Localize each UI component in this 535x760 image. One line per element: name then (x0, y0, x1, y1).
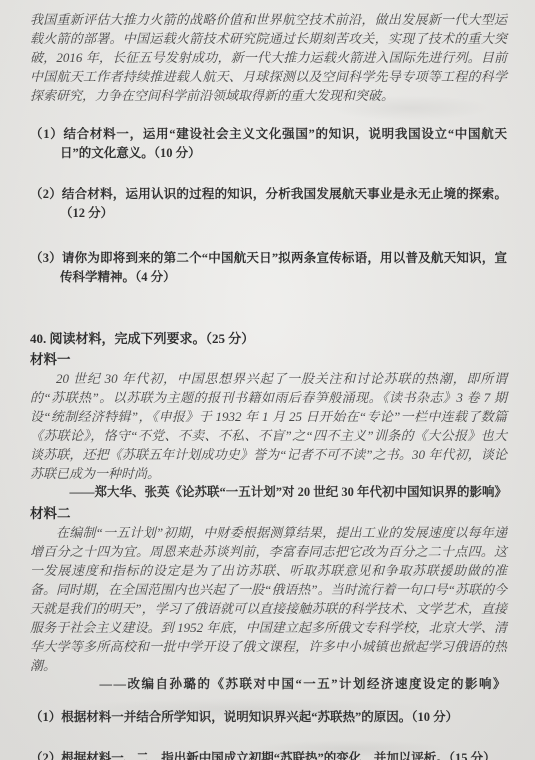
q39-sub-question-3: （3）请你为即将到来的第二个“中国航天日”拟两条宣传标语，用以普及航天知识，宣传… (30, 249, 507, 287)
q40-material2-source: ——改编自孙璐的《苏联对中国“一五”计划经济速度设定的影响》 (30, 675, 507, 694)
q40-material1-source: ——郑大华、张英《论苏联“一五计划”对 20 世纪 30 年代初中国知识界的影响… (30, 483, 507, 502)
q40-material1-label: 材料一 (30, 350, 507, 369)
q39-sub-question-1: （1）结合材料一，运用“建设社会主义文化强国”的知识，说明我国设立“中国航天日”… (30, 125, 507, 163)
q40-material1-text: 20 世纪 30 年代初，中国思想界兴起了一股关注和讨论苏联的热潮，即所谓的“苏… (30, 369, 507, 483)
q39-sub-question-2: （2）结合材料，运用认识的过程的知识，分析我国发展航天事业是永无止境的探索。（1… (30, 185, 507, 223)
q40-material2-label: 材料二 (30, 504, 507, 523)
q40-header: 40. 阅读材料，完成下列要求。（25 分） (30, 329, 507, 348)
q40-material2-text: 在编制“一五计划”初期，中财委根据测算结果，提出工业的发展速度以每年递增百分之十… (30, 523, 507, 675)
exam-page: 我国重新评估大推力火箭的战略价值和世界航空技术前沿，做出发展新一代大型运载火箭的… (0, 0, 535, 760)
q40-sub-question-2: （2）根据材料一、二，指出新中国成立初期“苏联热”的变化，并加以评析。（15 分… (30, 749, 507, 760)
q39-material-intro-paragraph: 我国重新评估大推力火箭的战略价值和世界航空技术前沿，做出发展新一代大型运载火箭的… (30, 10, 507, 105)
q40-sub-question-1: （1）根据材料一并结合所学知识，说明知识界兴起“苏联热”的原因。（10 分） (30, 708, 507, 727)
